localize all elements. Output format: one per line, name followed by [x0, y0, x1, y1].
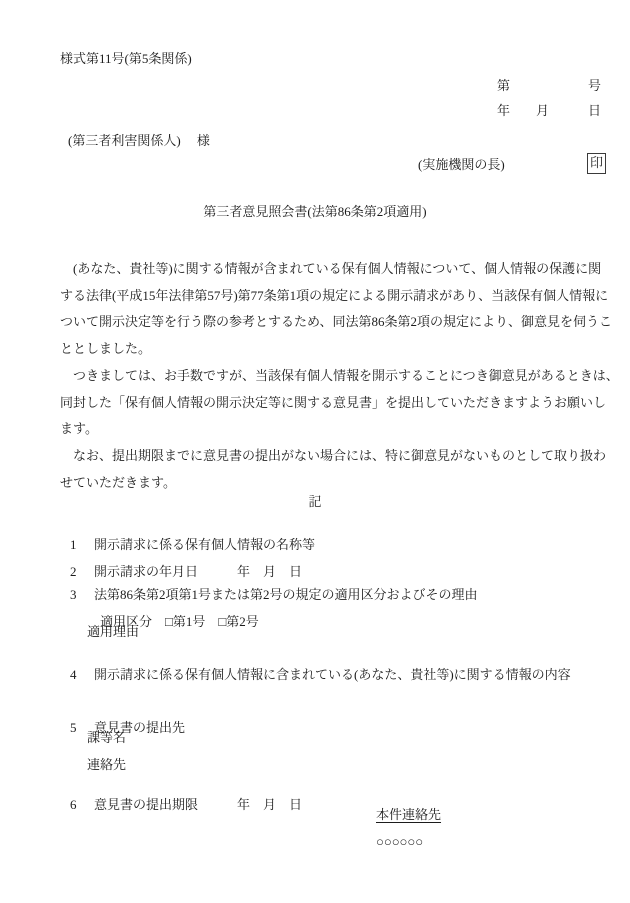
paragraph-opinion-request: つきましては、お手数ですが、当該保有個人情報を開示することにつき御意見があるとき… — [60, 363, 619, 443]
document-number-line: 第 号 — [497, 78, 601, 94]
item-number: 6 — [70, 797, 94, 813]
spacer — [205, 614, 218, 629]
contact-placeholder: ○○○○○○ — [376, 834, 423, 850]
list-item-4: 4開示請求に係る保有個人情報に含まれている(あなた、貴社等)に関する情報の内容 — [57, 651, 571, 700]
spacer — [152, 614, 165, 629]
paragraph-request-notice: (あなた、貴社等)に関する情報が含まれている保有個人情報について、個人情報の保護… — [60, 256, 612, 363]
date-line: 年 月 日 — [497, 103, 601, 119]
item-number: 4 — [70, 667, 94, 683]
document-page: 様式第11号(第5条関係) 第 号 年 月 日 (第三者利害関係人) 様 (実施… — [0, 0, 630, 903]
addressee-line: (第三者利害関係人) 様 — [68, 133, 210, 149]
list-item-6: 6意見書の提出期限 年 月 日 — [57, 781, 302, 830]
paragraph-deadline-notice: なお、提出期限までに意見書の提出がない場合には、特に御意見がないものとして取り扱… — [60, 443, 606, 496]
checkbox-item1-label: 第1号 — [173, 614, 206, 629]
contact-info-label: 連絡先 — [87, 757, 126, 773]
division-name-label: 課等名 — [87, 730, 126, 746]
document-title: 第三者意見照会書(法第86条第2項適用) — [0, 204, 630, 220]
note-marker: 記 — [0, 494, 630, 510]
contact-heading: 本件連絡先 — [376, 807, 441, 823]
item-text-included-info: 開示請求に係る保有個人情報に含まれている(あなた、貴社等)に関する情報の内容 — [94, 667, 571, 682]
item-text-submission-deadline: 意見書の提出期限 年 月 日 — [94, 797, 302, 812]
seal-stamp: 印 — [587, 153, 606, 174]
checkbox-item1-icon[interactable]: □ — [165, 614, 173, 629]
checkbox-item2-label: 第2号 — [226, 614, 259, 629]
application-reason-label: 適用理由 — [87, 624, 139, 640]
form-number: 様式第11号(第5条関係) — [60, 51, 192, 67]
issuer-line: (実施機関の長) — [418, 157, 505, 173]
